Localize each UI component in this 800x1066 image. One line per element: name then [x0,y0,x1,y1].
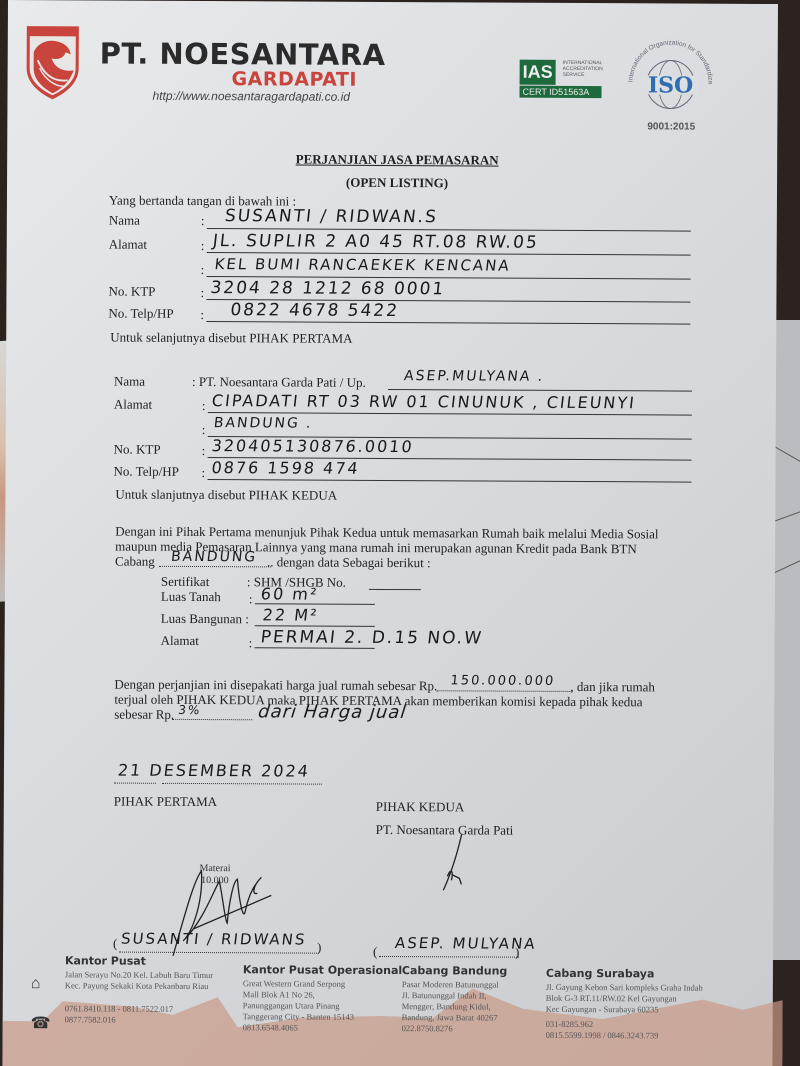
document-subtitle: (OPEN LISTING) [7,173,787,193]
commission-label: sebesar Rp. [114,707,174,723]
p1-alamat-value-1: JL. SUPLIR 2 A0 45 RT.08 RW.05 [212,231,540,253]
office-line: Pasar Moderen Batununggal [402,979,507,991]
commission-note: dari Harga jual [257,701,407,723]
property-alamat-value: PERMAI 2. D.15 NO.W [260,627,485,648]
office-line: Kec Gayungan - Surabaya 60235 [546,1004,703,1016]
ias-text: INTERNATIONAL ACCREDITATION SERVICE [563,60,603,78]
office-line: Panunggangan Utara Pinang [243,1000,402,1012]
commission-dots [172,719,252,720]
p1-alamat-value-2: KEL BUMI RANCAEKEK KENCANA [214,255,512,275]
office-heading: Kantor Pusat Operasional [243,964,402,976]
footer: ⌂ ☎ Kantor Pusat Jalan Serayu No.20 Kel.… [2,955,783,1066]
footer-office-surabaya: Cabang Surabaya Jl. Gayung Kebon Sari ko… [546,968,703,1042]
svg-text:ISO: ISO [648,72,693,98]
document-title: PERJANJIAN JASA PEMASARAN [7,150,787,170]
office-phone: 0761.8410.118 - 0811.7522.017 [65,1003,213,1015]
office-line: Tanggerang City - Banten 15143 [243,1011,402,1023]
footer-office-kantor-pusat: Kantor Pusat Jalan Serayu No.20 Kel. Lab… [65,955,214,1026]
office-heading: Cabang Bandung [402,965,507,977]
p2-nama-line [388,389,692,392]
luas-bangunan-label: Luas Bangunan : [161,611,249,627]
cabang-value: BANDUNG [170,549,258,565]
ias-cert-number: CERT ID51563A [519,86,601,98]
pihak-pertama-heading: PIHAK PERTAMA [114,794,217,811]
footer-office-bandung: Cabang Bandung Pasar Moderen Batununggal… [402,965,508,1035]
p1-closing: Untuk selanjutnya disebut PIHAK PERTAMA [110,330,352,347]
p1-ktp-label: No. KTP [108,284,155,300]
p2-nama-label: Nama [114,374,145,390]
p2-nama-value: ASEP.MULYANA . [403,368,545,385]
p1-telp-label: No. Telp/HP [108,306,173,322]
office-phone: 022.8750.8276 [402,1023,507,1035]
phone-icon: ☎ [31,1013,51,1033]
p1-telp-line [206,321,690,325]
sertifikat-label: Sertifikat [161,574,209,590]
office-heading: Cabang Surabaya [546,968,703,980]
colon: : [202,398,206,414]
luas-tanah-value: 60 m² [260,584,320,603]
office-line: Bandung, Jawa Barat 40267 [402,1012,507,1024]
office-line: Mall Blok A1 No 26, [243,989,402,1001]
signature-date: 21 DESEMBER 2024 [117,761,311,781]
cabang-suffix: .. dengan data Sebagai berikut : [267,554,431,571]
iso-globe-logo-icon: International Organization for Standardi… [624,36,716,128]
ias-certification-badge: IAS INTERNATIONAL ACCREDITATION SERVICE … [519,60,602,98]
property-alamat-label: Alamat [161,633,199,649]
p2-telp-line [207,479,691,483]
colon: : [202,443,206,459]
office-line: Kec. Payung Sekaki Kota Pekanbaru Riau [65,980,213,992]
luas-tanah-label: Luas Tanah [161,589,221,605]
p2-alamat-label: Alamat [114,397,152,413]
colon: : [249,591,253,607]
company-logo-shield-icon [23,24,81,100]
office-line: Jl. Batununggal Indah II, [402,990,507,1002]
p1-alamat-label: Alamat [109,237,147,253]
p1-nama-label: Nama [109,213,140,229]
p1-telp-value: 0822 4678 5422 [229,300,400,321]
date-day-dots [114,783,156,784]
p2-ktp-label: No. KTP [114,442,161,458]
office-line: Mengger, Bandung Kidul, [402,1001,507,1013]
date-dots [162,783,322,785]
signature-pihak-kedua-scribble [433,832,473,892]
cabang-dots [159,566,271,568]
p2-telp-value: 0876 1598 474 [211,458,361,478]
office-line: Great Western Grand Serpong [243,978,402,990]
office-phone: 031-8285.962 [546,1019,703,1031]
home-icon: ⌂ [31,975,41,993]
document-page: PT. NOESANTARA GARDAPATI http://www.noes… [2,0,778,1066]
colon: : [249,635,253,651]
p1-nama-value: SUSANTI / RIDWAN.S [224,206,439,227]
p2-telp-label: No. Telp/HP [113,464,178,480]
price-value: 150.000.000 [450,673,556,689]
signer1-name: SUSANTI / RIDWANS [120,930,307,949]
luas-bangunan-value: 22 M² [262,605,320,624]
colon: : [201,213,205,229]
cabang-label: Cabang [115,554,155,570]
p2-nama-prefix: : PT. Noesantara Garda Pati / Up. [192,374,366,391]
colon: : [200,307,204,323]
office-phone: 0877.7582.016 [65,1014,213,1026]
office-line: Jalan Serayu No.20 Kel. Labuh Baru Timur [65,969,213,981]
office-heading: Kantor Pusat [65,955,213,967]
office-phone: 0813.6548.4065 [243,1022,402,1034]
colon: : [201,262,205,278]
company-name: PT. NOESANTARA [100,36,386,71]
commission-value: 3% [178,703,203,717]
price-dots [436,690,572,692]
colon: : [200,285,204,301]
company-url: http://www.noesantaragardapati.co.id [152,89,350,104]
p2-alamat-value-2: BANDUNG . [213,415,314,432]
p1-ktp-value: 3204 28 1212 68 0001 [209,278,446,299]
p2-closing: Untuk slanjutnya disebut PIHAK KEDUA [115,487,337,504]
office-phone: 0815.5599.1998 / 0846.3243.739 [546,1030,703,1042]
colon: : [201,465,205,481]
paren-open-1: ( [113,936,117,952]
price-text-b: , dan jika rumah [570,679,655,695]
p2-ktp-value: 320405130876.0010 [211,436,415,456]
footer-office-operasional: Kantor Pusat Operasional Great Western G… [243,964,403,1034]
office-line: Jl. Gayung Kebon Sari kompleks Graha Ind… [546,982,703,994]
company-subname: GARDAPATI [232,68,357,91]
p2-alamat-value-1: CIPADATI RT 03 RW 01 CINUNUK , CILEUNYI [211,391,637,412]
colon: : [202,422,206,438]
pihak-kedua-heading: PIHAK KEDUA [376,799,465,815]
colon: : [201,238,205,254]
ias-label: IAS [520,60,556,85]
iso-standard: 9001:2015 [647,121,695,132]
paren-close-1: ) [317,940,321,956]
sertifikat-line [369,589,421,590]
office-line: Blok G-3 RT.11/RW.02 Kel Gayungan [546,993,703,1005]
